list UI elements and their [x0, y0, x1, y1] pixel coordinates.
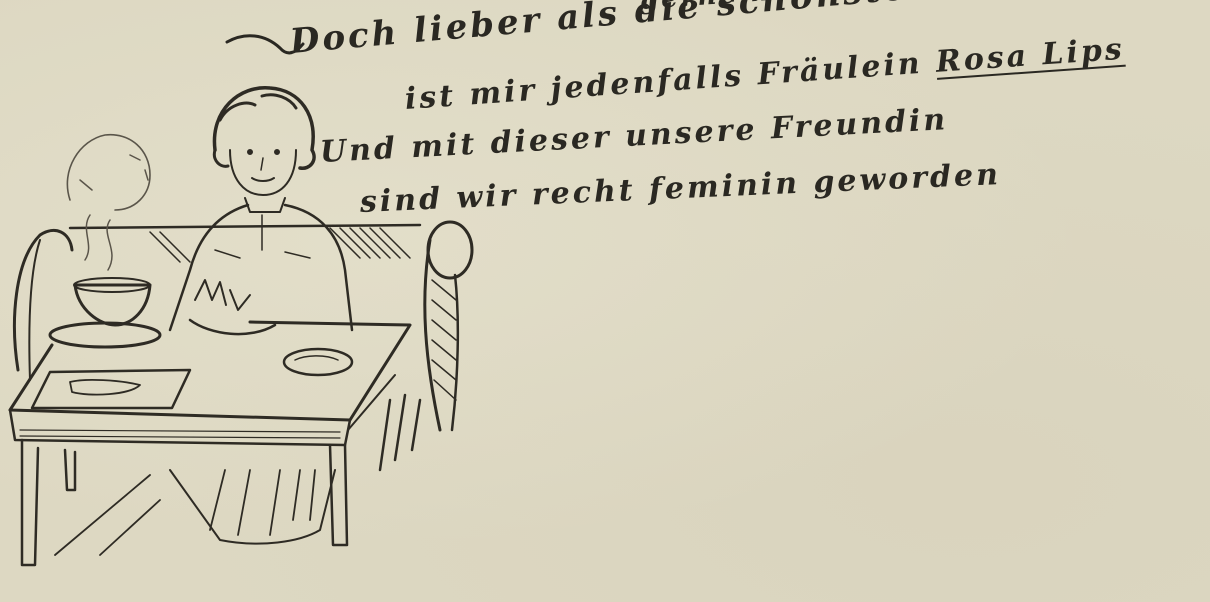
sketch-illustration [0, 80, 490, 580]
woman-figure-icon [170, 88, 352, 544]
steaming-cup-icon [50, 135, 160, 347]
